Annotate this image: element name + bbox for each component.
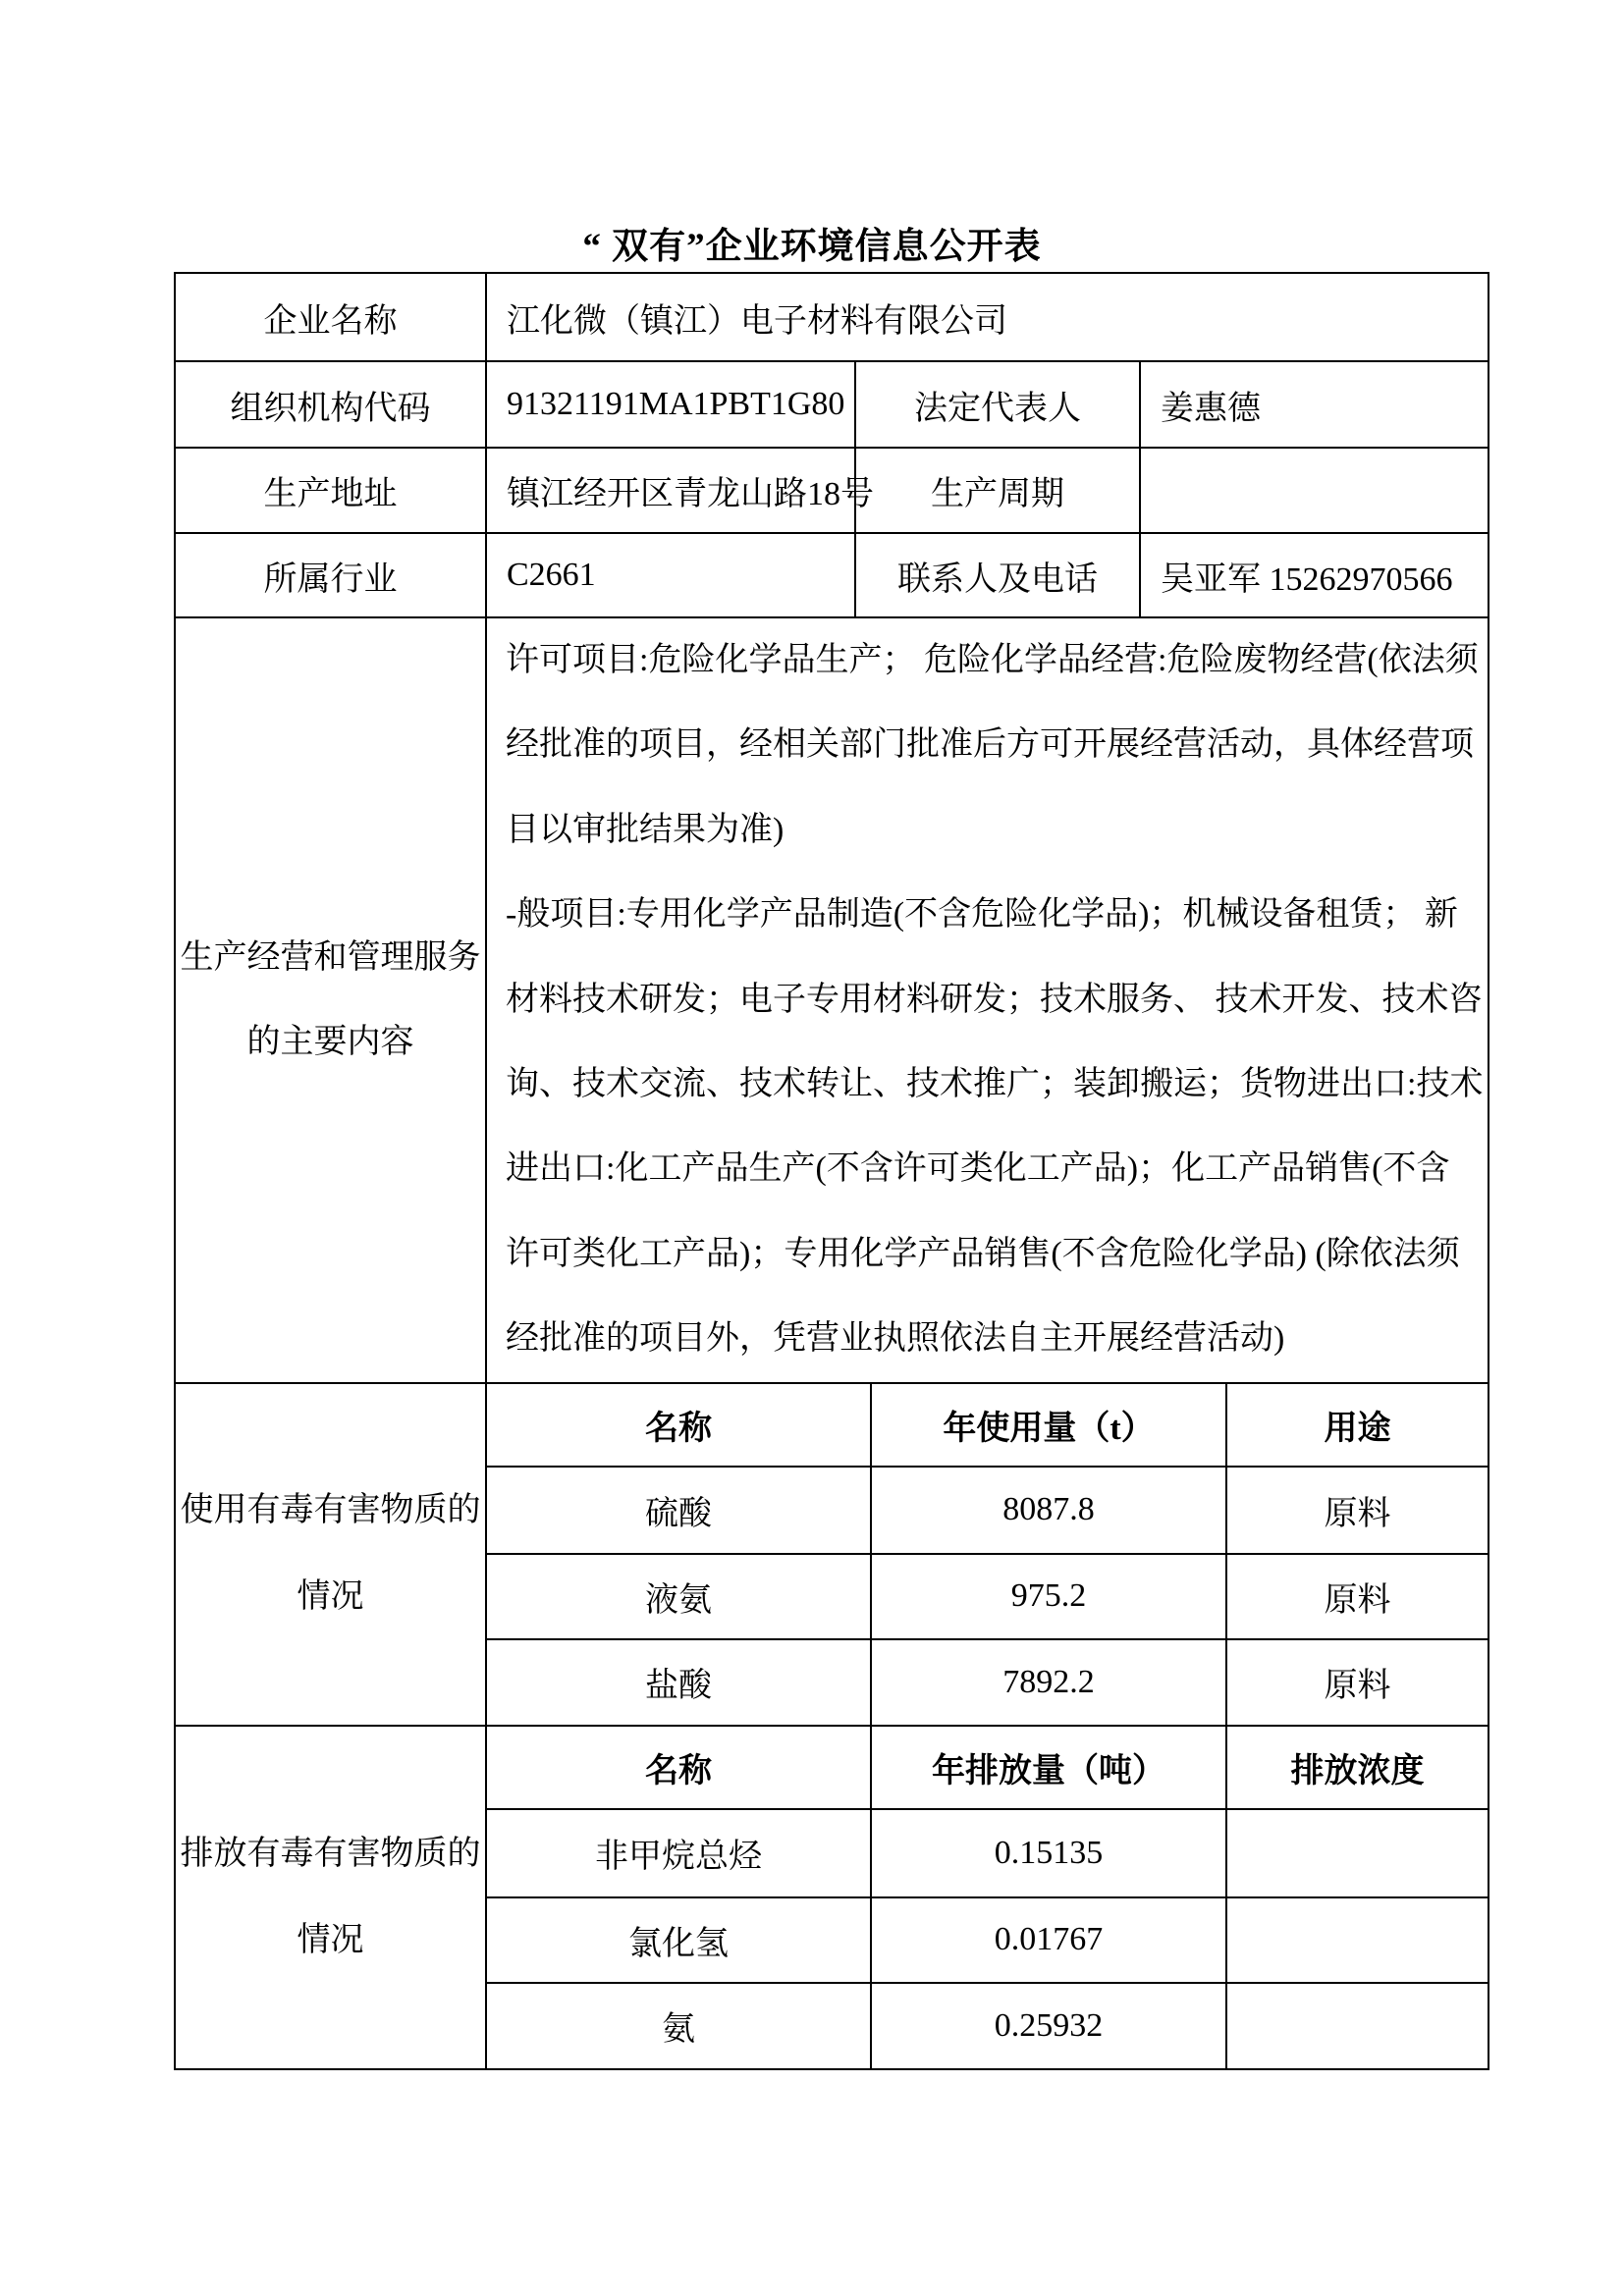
emission-substance-amount: 0.25932 [871,1983,1226,2069]
business-scope-line: 材料技术研发；电子专用材料研发；技术服务、 技术开发、技术咨 [506,958,1488,1042]
toxic-emission-table: 排放有毒有害物质的 情况 名称 年排放量（吨） 排放浓度 非甲烷总烃 0.151… [174,1725,1489,2070]
emission-header-amount: 年排放量（吨） [871,1726,1226,1809]
usage-section-label: 使用有毒有害物质的 情况 [175,1383,486,1726]
disclosure-table: 企业名称 江化微（镇江）电子材料有限公司 组织机构代码 91321191MA1P… [174,272,1488,2070]
table-row: 生产经营和管理服务 的主要内容 许可项目:危险化学品生产； 危险化学品经营:危险… [175,617,1489,1383]
legal-rep-label: 法定代表人 [855,361,1140,448]
emission-section-label-line1: 排放有毒有害物质的 [176,1811,485,1897]
business-scope-line: 询、技术交流、技术转让、技术推广；装卸搬运；货物进出口:技术 [506,1042,1488,1127]
business-scope-label-line2: 的主要内容 [176,1000,485,1085]
company-name-value: 江化微（镇江）电子材料有限公司 [486,273,1489,361]
emission-substance-name: 氯化氢 [486,1897,871,1983]
business-scope-label: 生产经营和管理服务 的主要内容 [175,617,486,1383]
table-row: 排放有毒有害物质的 情况 名称 年排放量（吨） 排放浓度 [175,1726,1489,1809]
usage-substance-amount: 975.2 [871,1554,1226,1639]
emission-substance-concentration [1226,1983,1489,2069]
usage-header-purpose: 用途 [1226,1383,1489,1467]
table-row: 企业名称 江化微（镇江）电子材料有限公司 [175,273,1489,361]
business-scope-line: 经批准的项目，经相关部门批准后方可开展经营活动，具体经营项 [506,703,1488,787]
emission-section-label: 排放有毒有害物质的 情况 [175,1726,486,2069]
org-code-label: 组织机构代码 [175,361,486,448]
business-scope-label-line1: 生产经营和管理服务 [176,916,485,1000]
emission-substance-name: 氨 [486,1983,871,2069]
emission-header-name: 名称 [486,1726,871,1809]
business-scope-line: 许可类化工产品)；专用化学产品销售(不含危险化学品) (除依法须 [506,1212,1488,1297]
emission-substance-concentration [1226,1897,1489,1983]
usage-header-amount: 年使用量（t） [871,1383,1226,1467]
contact-value: 吴亚军 15262970566 [1140,533,1489,617]
emission-substance-amount: 0.01767 [871,1897,1226,1983]
usage-substance-purpose: 原料 [1226,1554,1489,1639]
toxic-usage-table: 使用有毒有害物质的 情况 名称 年使用量（t） 用途 硫酸 8087.8 原料 … [174,1382,1489,1727]
org-code-value: 91321191MA1PBT1G80 [486,361,855,448]
production-cycle-value [1140,448,1489,533]
table-row: 生产地址 镇江经开区青龙山路18号 生产周期 [175,448,1489,533]
emission-section-label-line2: 情况 [176,1897,485,1984]
page-title: “ 双有”企业环境信息公开表 [0,216,1624,269]
business-scope-line: -般项目:专用化学产品制造(不含危险化学品)；机械设备租赁； 新 [506,873,1488,957]
business-scope-line: 目以审批结果为准) [506,788,1488,873]
company-info-table: 企业名称 江化微（镇江）电子材料有限公司 组织机构代码 91321191MA1P… [174,272,1489,1384]
usage-substance-name: 硫酸 [486,1467,871,1554]
usage-section-label-line2: 情况 [176,1554,485,1640]
table-row: 使用有毒有害物质的 情况 名称 年使用量（t） 用途 [175,1383,1489,1467]
usage-substance-name: 盐酸 [486,1639,871,1726]
emission-substance-name: 非甲烷总烃 [486,1809,871,1897]
usage-substance-purpose: 原料 [1226,1467,1489,1554]
business-scope-line: 经批准的项目外，凭营业执照依法自主开展经营活动) [506,1297,1488,1381]
usage-substance-purpose: 原料 [1226,1639,1489,1726]
table-row: 组织机构代码 91321191MA1PBT1G80 法定代表人 姜惠德 [175,361,1489,448]
emission-substance-concentration [1226,1809,1489,1897]
usage-header-name: 名称 [486,1383,871,1467]
contact-label: 联系人及电话 [855,533,1140,617]
company-name-label: 企业名称 [175,273,486,361]
document-page: “ 双有”企业环境信息公开表 企业名称 江化微（镇江）电子材料有限公司 组织机构… [0,0,1624,2296]
table-row: 所属行业 C2661 联系人及电话 吴亚军 15262970566 [175,533,1489,617]
industry-label: 所属行业 [175,533,486,617]
production-cycle-label: 生产周期 [855,448,1140,533]
legal-rep-value: 姜惠德 [1140,361,1489,448]
usage-substance-amount: 8087.8 [871,1467,1226,1554]
usage-section-label-line1: 使用有毒有害物质的 [176,1468,485,1554]
address-label: 生产地址 [175,448,486,533]
business-scope-line: 许可项目:危险化学品生产； 危险化学品经营:危险废物经营(依法须 [506,618,1488,703]
usage-substance-name: 液氨 [486,1554,871,1639]
business-scope-line: 进出口:化工产品生产(不含许可类化工产品)；化工产品销售(不含 [506,1127,1488,1211]
address-value: 镇江经开区青龙山路18号 [486,448,855,533]
industry-value: C2661 [486,533,855,617]
emission-header-concentration: 排放浓度 [1226,1726,1489,1809]
usage-substance-amount: 7892.2 [871,1639,1226,1726]
business-scope-content: 许可项目:危险化学品生产； 危险化学品经营:危险废物经营(依法须 经批准的项目，… [486,617,1489,1383]
emission-substance-amount: 0.15135 [871,1809,1226,1897]
